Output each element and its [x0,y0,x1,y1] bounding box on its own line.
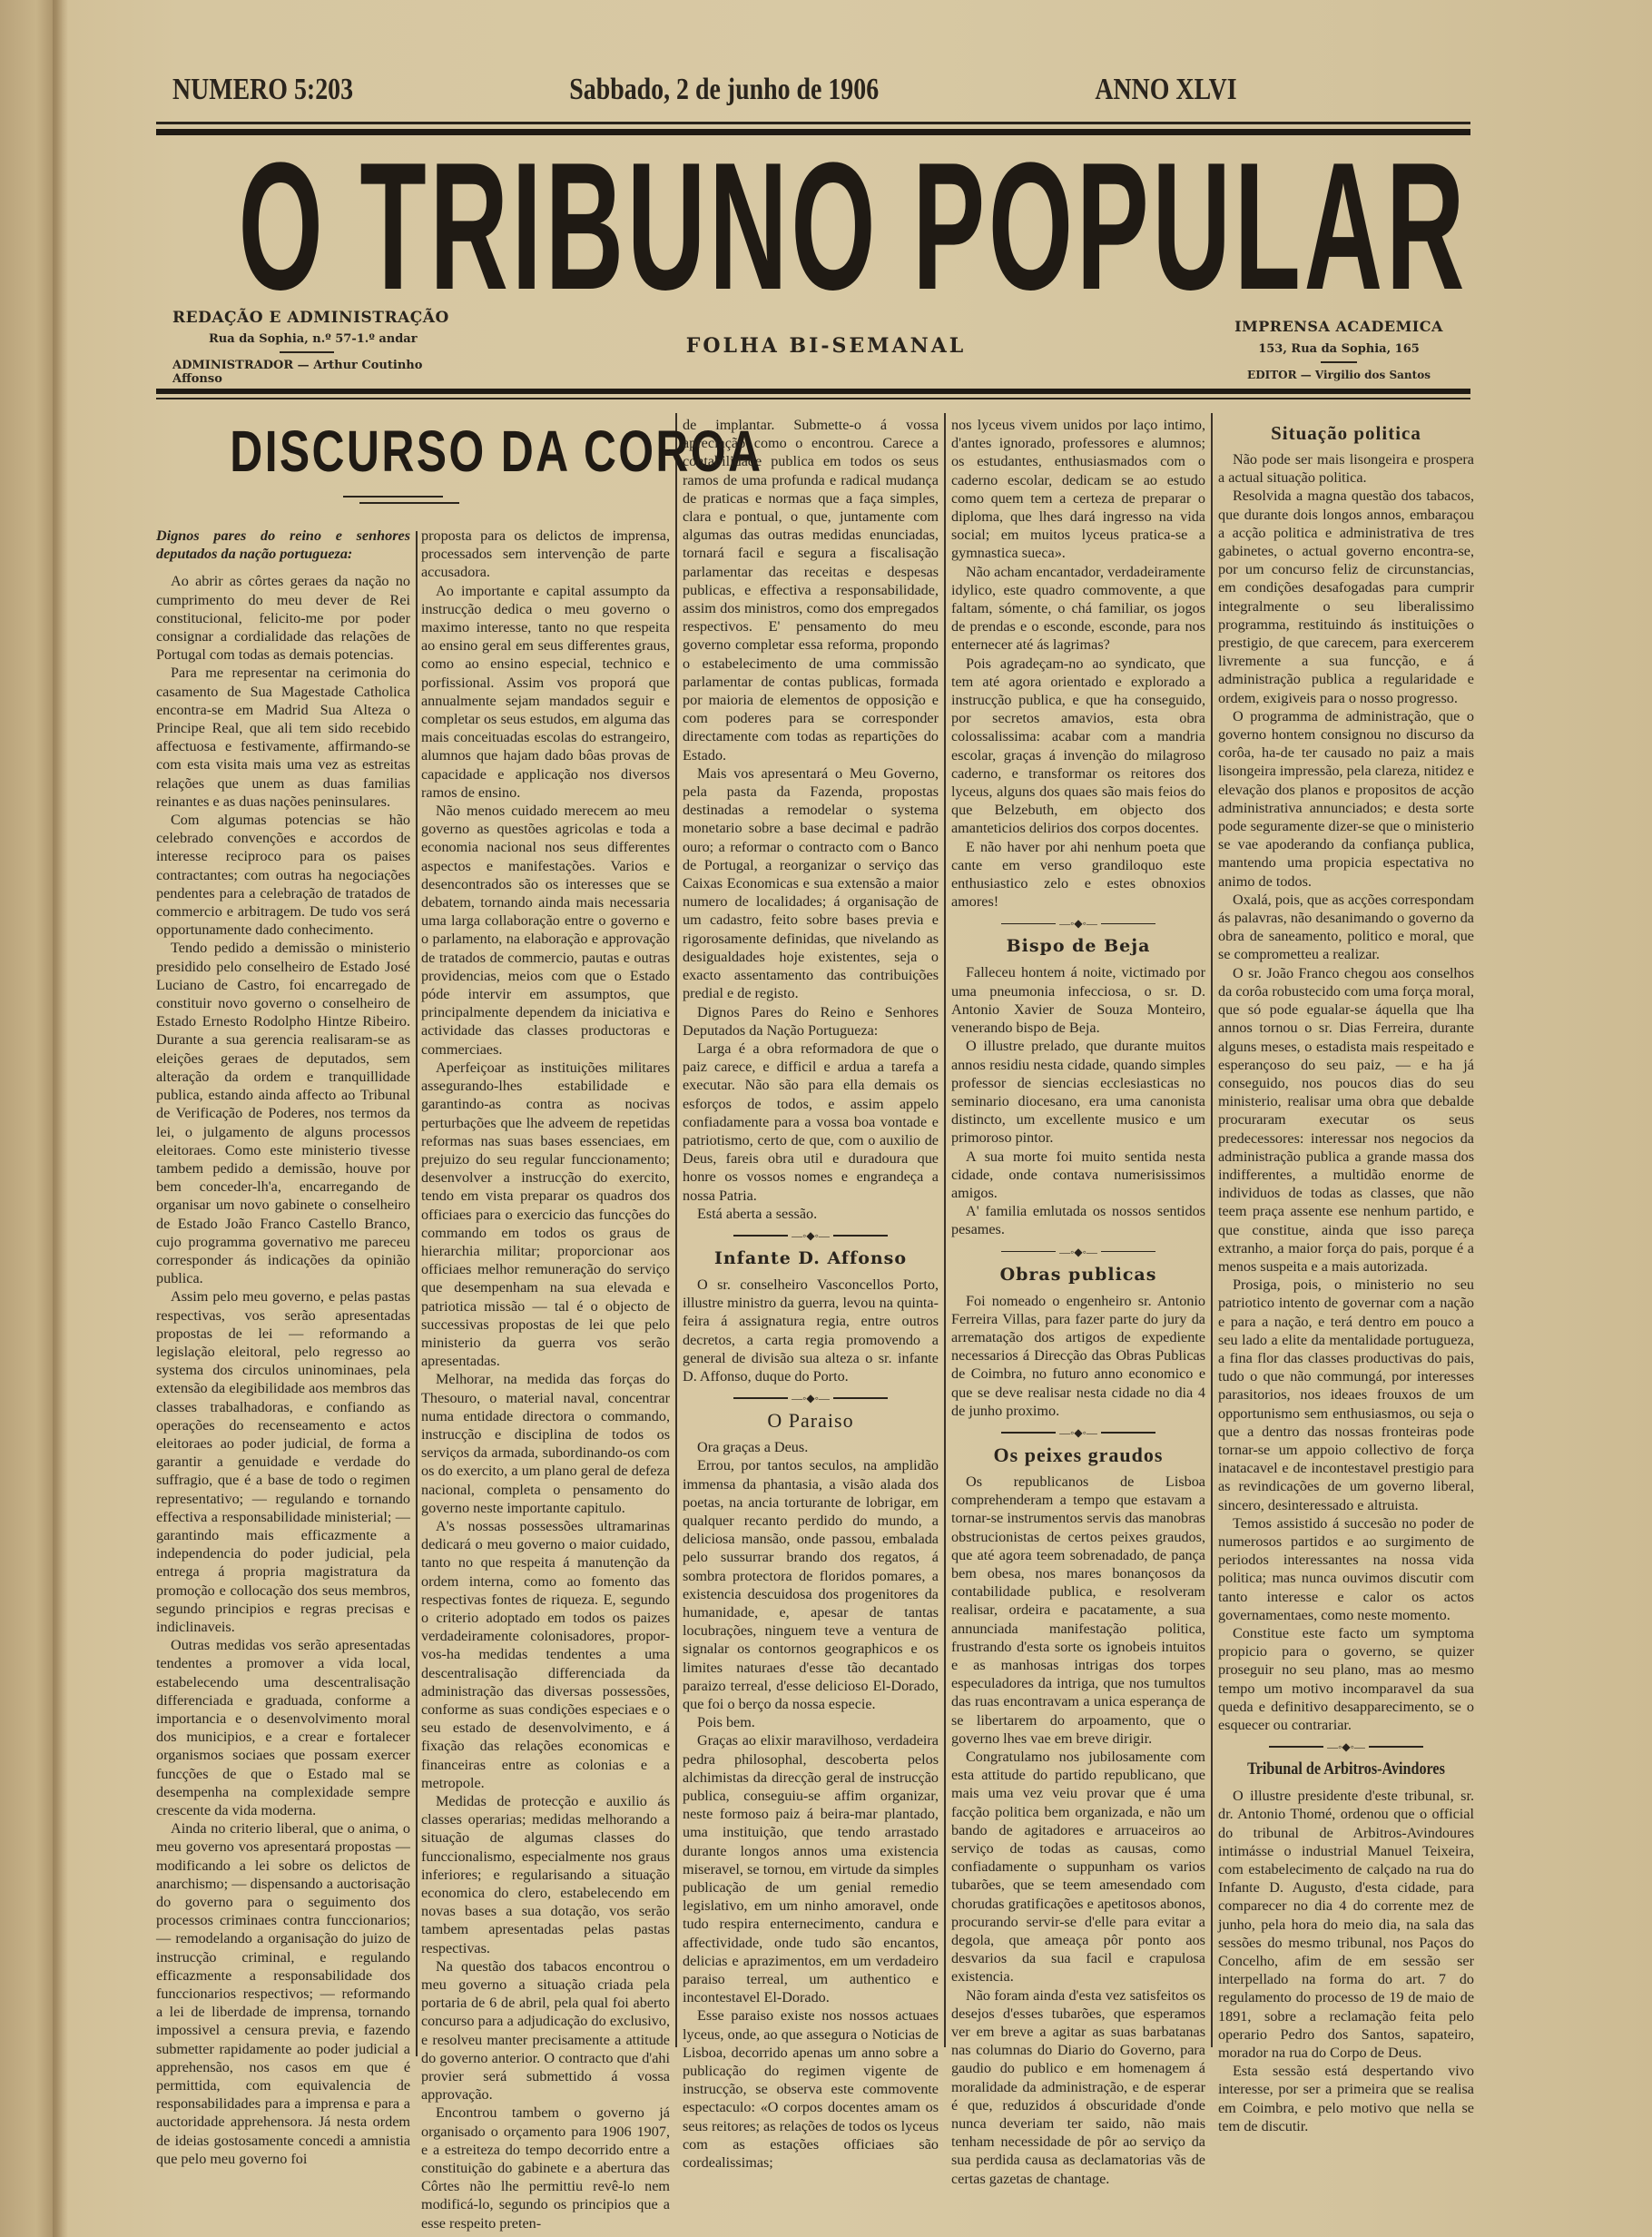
column-3: de implantar. Submette-o á vossa aprecia… [683,416,939,2172]
section-ornament: —◦◆◦— [951,1427,1205,1438]
paragraph: A sua morte foi muito sentida nesta cida… [951,1148,1205,1203]
paragraph: O illustre presidente d'este tribunal, s… [1218,1787,1474,2062]
paragraph: Aperfeiçoar as instituições militares as… [421,1059,670,1370]
issue-number: NUMERO 5:203 [172,73,353,107]
paragraph: Pois bem. [683,1713,939,1731]
masthead-rule-thin [156,398,1470,399]
salutation: Dignos pares do reino e senhores deputad… [156,527,410,563]
article-title-paraiso: O Paraiso [683,1409,939,1433]
issue-volume: ANNO XLVI [1095,73,1236,107]
paragraph: Esse paraiso existe nos nossos actuaes l… [683,2006,939,2172]
section-ornament: —◦◆◦— [683,1230,939,1241]
masthead-rule-thick [156,389,1470,394]
paragraph: Não menos cuidado merecem ao meu governo… [421,802,670,1059]
paragraph: Graças ao elixir maravilhoso, verdadeira… [683,1731,939,2006]
paragraph: Oxalá, pois, que as acções correspondam … [1218,891,1474,964]
column-divider [416,531,418,2056]
paragraph: Dignos Pares do Reino e Senhores Deputad… [683,1003,939,1040]
column-5: Situação politica Não pode ser mais liso… [1218,416,1474,2135]
paragraph: O sr. conselheiro Vasconcellos Porto, il… [683,1276,939,1385]
paragraph: Temos assistido á succesão no poder de n… [1218,1514,1474,1624]
newspaper-page: NUMERO 5:203 Sabbado, 2 de junho de 1906… [0,0,1652,2237]
paragraph: O sr. João Franco chegou aos conselhos d… [1218,964,1474,1276]
dateline: NUMERO 5:203 Sabbado, 2 de junho de 1906… [172,73,1237,107]
article-title-obras: Obras publicas [951,1263,1205,1286]
article-title-tribunal: Tribunal de Arbitros-Avindores [1237,1758,1455,1781]
headline-underline [343,496,443,498]
paragraph: Para me representar na cerimonia do casa… [156,664,410,811]
paragraph: Não foram ainda d'esta vez satisfeitos o… [951,1986,1205,2188]
article-title-infante: Infante D. Affonso [683,1247,939,1270]
paragraph: Está aberta a sessão. [683,1205,939,1223]
paragraph: E não haver por ahi nenhum poeta que can… [951,838,1205,912]
column-divider [1211,413,1213,2047]
paragraph: Ao abrir as côrtes geraes da nação no cu… [156,572,410,664]
masthead: O TRIBUNO POPULAR [0,145,1652,309]
column-2: proposta para os delictos de imprensa, p… [421,527,670,2232]
paragraph: Congratulamo nos jubilosamente com esta … [951,1748,1205,1986]
headline-underline [359,502,459,504]
paragraph: Esta sessão está despertando vivo intere… [1218,2062,1474,2135]
paragraph: Tendo pedido a demissão o ministerio pre… [156,939,410,1287]
paragraph: proposta para os delictos de imprensa, p… [421,527,670,582]
paragraph: O illustre prelado, que durante muitos a… [951,1037,1205,1147]
paragraph: Ainda no criterio liberal, que o anima, … [156,1819,410,2168]
paragraph: Constitue este facto um symptoma propici… [1218,1624,1474,1734]
paragraph: Encontrou tambem o governo já organisado… [421,2104,670,2232]
paragraph: Não pode ser mais lisongeira e prospera … [1218,450,1474,487]
paragraph: nos lyceus vivem unidos por laço intimo,… [951,416,1205,563]
paragraph: Prosiga, pois, o ministerio no seu patri… [1218,1276,1474,1514]
paragraph: Outras medidas vos serão apresentadas te… [156,1636,410,1819]
column-4: nos lyceus vivem unidos por laço intimo,… [951,416,1205,2188]
paragraph: Errou, por tantos seculos, na amplidão i… [683,1456,939,1713]
section-ornament: —◦◆◦— [1218,1741,1474,1752]
paragraph: Os republicanos de Lisboa comprehenderam… [951,1473,1205,1748]
column-divider [944,413,946,2047]
paragraph: Não acham encantador, verdadeiramente id… [951,563,1205,655]
section-ornament: —◦◆◦— [951,918,1205,929]
column-1: Dignos pares do reino e senhores deputad… [156,527,410,2168]
paragraph: Foi nomeado o engenheiro sr. Antonio Fer… [951,1292,1205,1420]
office-heading: REDAÇÃO E ADMINISTRAÇÃO [172,309,463,327]
paragraph: de implantar. Submette-o á vossa aprecia… [683,416,939,764]
issue-date: Sabbado, 2 de junho de 1906 [569,73,879,107]
paragraph: Melhorar, na medida das forças do Thesou… [421,1370,670,1517]
paragraph: Medidas de protecção e auxilio ás classe… [421,1792,670,1957]
newspaper-title: O TRIBUNO POPULAR [239,145,1469,309]
office-administrator: ADMINISTRADOR — Arthur Coutinho Affonso [172,359,463,386]
paragraph: Pois agradeçam-no ao syndicato, que tem … [951,655,1205,838]
printer-block: IMPRENSA ACADEMICA 153, Rua da Sophia, 1… [1216,318,1461,381]
paragraph: Ao importante e capital assumpto da inst… [421,582,670,802]
printer-editor: EDITOR — Virgilio dos Santos [1216,369,1461,381]
section-ornament: —◦◆◦— [951,1247,1205,1257]
paragraph: A's nossas possessões ultramarinas dedic… [421,1517,670,1792]
paragraph: O programma de administração, que o gove… [1218,707,1474,891]
column-divider [675,413,677,2047]
printer-heading: IMPRENSA ACADEMICA [1216,318,1461,335]
paragraph: Falleceu hontem á noite, victimado por u… [951,963,1205,1037]
dateline-rule-thin [156,122,1470,124]
paragraph: Com algumas potencias se hão celebrado c… [156,811,410,939]
lead-headline: DISCURSO DA COROA [230,419,605,483]
section-ornament: —◦◆◦— [683,1393,939,1404]
article-title-bispo: Bispo de Beja [951,934,1205,958]
paragraph: Mais vos apresentará o Meu Governo, pela… [683,764,939,1003]
paragraph: Larga é a obra reformadora de que o paiz… [683,1040,939,1205]
paragraph: Na questão dos tabacos encontrou o meu g… [421,1957,670,2104]
paragraph: Resolvida a magna questão dos tabacos, q… [1218,487,1474,706]
article-title-peixes: Os peixes graudos [951,1444,1205,1467]
paragraph: Assim pelo meu governo, e pelas pastas r… [156,1287,410,1636]
printer-divider [1321,361,1357,363]
paragraph: Ora graças a Deus. [683,1438,939,1456]
printer-address: 153, Rua da Sophia, 165 [1216,342,1461,356]
article-title-situacao: Situação politica [1218,421,1474,445]
paragraph: A' familia emlutada os nossos sentidos p… [951,1202,1205,1238]
